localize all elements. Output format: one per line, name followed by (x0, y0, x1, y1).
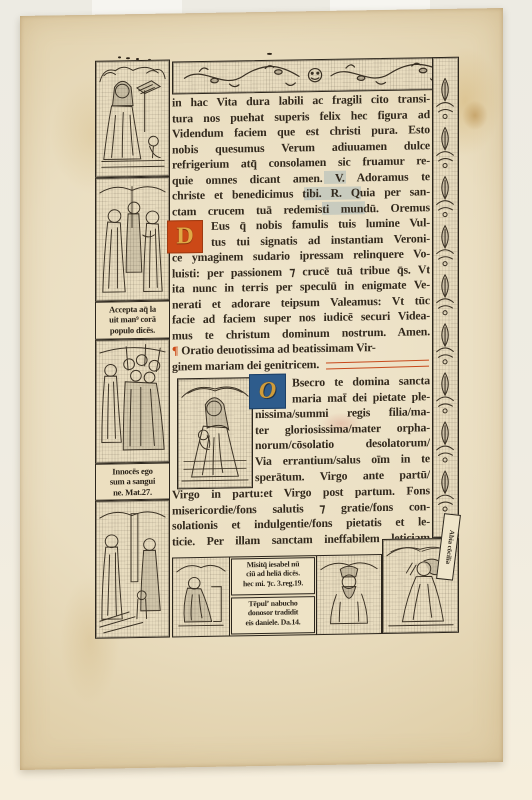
red-paragraph-mark: ¶ (172, 343, 178, 357)
rubric-text: ginem mariam dei genitricem. (172, 357, 319, 375)
text-line: sperātum. Virgo ante partū/ (255, 467, 430, 485)
text-lines-upper: in hac Vita dura labili ac fragili cito … (172, 91, 430, 219)
ink-speck (126, 57, 130, 59)
scroll-caption-jezebel: Misitq̄ iesabel nūciū ad heliā dicēs.hec… (231, 557, 315, 595)
woodcut-bottom-band: Misitq̄ iesabel nūciū ad heliā dicēs.hec… (172, 554, 382, 637)
scroll-caption-daniel: Tēpulʼ nabuchodonosor tradiditeis daniel… (231, 596, 315, 634)
ornament-top-band (172, 57, 459, 95)
ink-speck (118, 56, 121, 58)
rubric-heading-line-2: ginem mariam dei genitricem. (172, 355, 430, 375)
woodcut-crowd-panel (95, 339, 170, 464)
red-line-filler (326, 359, 429, 368)
woodcut-steps-panel (95, 500, 170, 639)
text-lines-wrapped: nissima/summi regis filia/ma-ter glorios… (255, 404, 430, 485)
woodcut-sibyl-panel (95, 60, 170, 178)
caption-line: populo dicēs. (96, 324, 169, 336)
scroll-captions: Misitq̄ iesabel nūciū ad heliā dicēs.hec… (230, 555, 316, 636)
woodcut-caption-innocens: Innocēs egosum a sanguine. Mat.27. (95, 463, 170, 501)
printed-border-frame: Accepta aq̄ lauit man⁹ corāpopulo dicēs.… (95, 55, 459, 641)
caption-line: ne. Mat.27. (96, 486, 169, 498)
text-block: in hac Vita dura labili ac fragili cito … (172, 91, 430, 557)
woodcut-prophet-panel (316, 554, 382, 635)
woodcut-group-panel (95, 177, 170, 302)
scroll-line: eis daniele. Da.14. (232, 617, 314, 628)
paper-stain (462, 100, 488, 130)
virgin-and-child-miniature (177, 377, 253, 489)
text-lines-beside-initial-o: Bsecro te domina sanctamaria mat̄ dei pi… (255, 373, 430, 407)
rubric-text: Oratio deuotissima ad beatissimam Vir- (181, 340, 375, 357)
woodcut-elijah-panel (172, 557, 230, 638)
ornament-right-strip (432, 57, 459, 538)
ink-speck (267, 53, 272, 55)
scroll-line: hec mi. ⁊c. 3.reg.19. (232, 578, 314, 589)
manuscript-leaf: Accepta aq̄ lauit man⁹ corāpopulo dicēs.… (20, 8, 503, 770)
text-lines-middle: ce ymaginem sudario ipressam relinquere … (172, 246, 430, 343)
woodcut-caption-pilate: Accepta aq̄ lauit man⁹ corāpopulo dicēs. (95, 301, 170, 340)
wrapped-text-column: O Bsecro te domina sanctamaria mat̄ dei … (255, 373, 430, 485)
photo-background: Accepta aq̄ lauit man⁹ corāpopulo dicēs.… (0, 0, 532, 800)
text-lines-beside-initial-d: Eus q̄ nobis famulis tuis lumine Vul-tus… (172, 215, 430, 250)
